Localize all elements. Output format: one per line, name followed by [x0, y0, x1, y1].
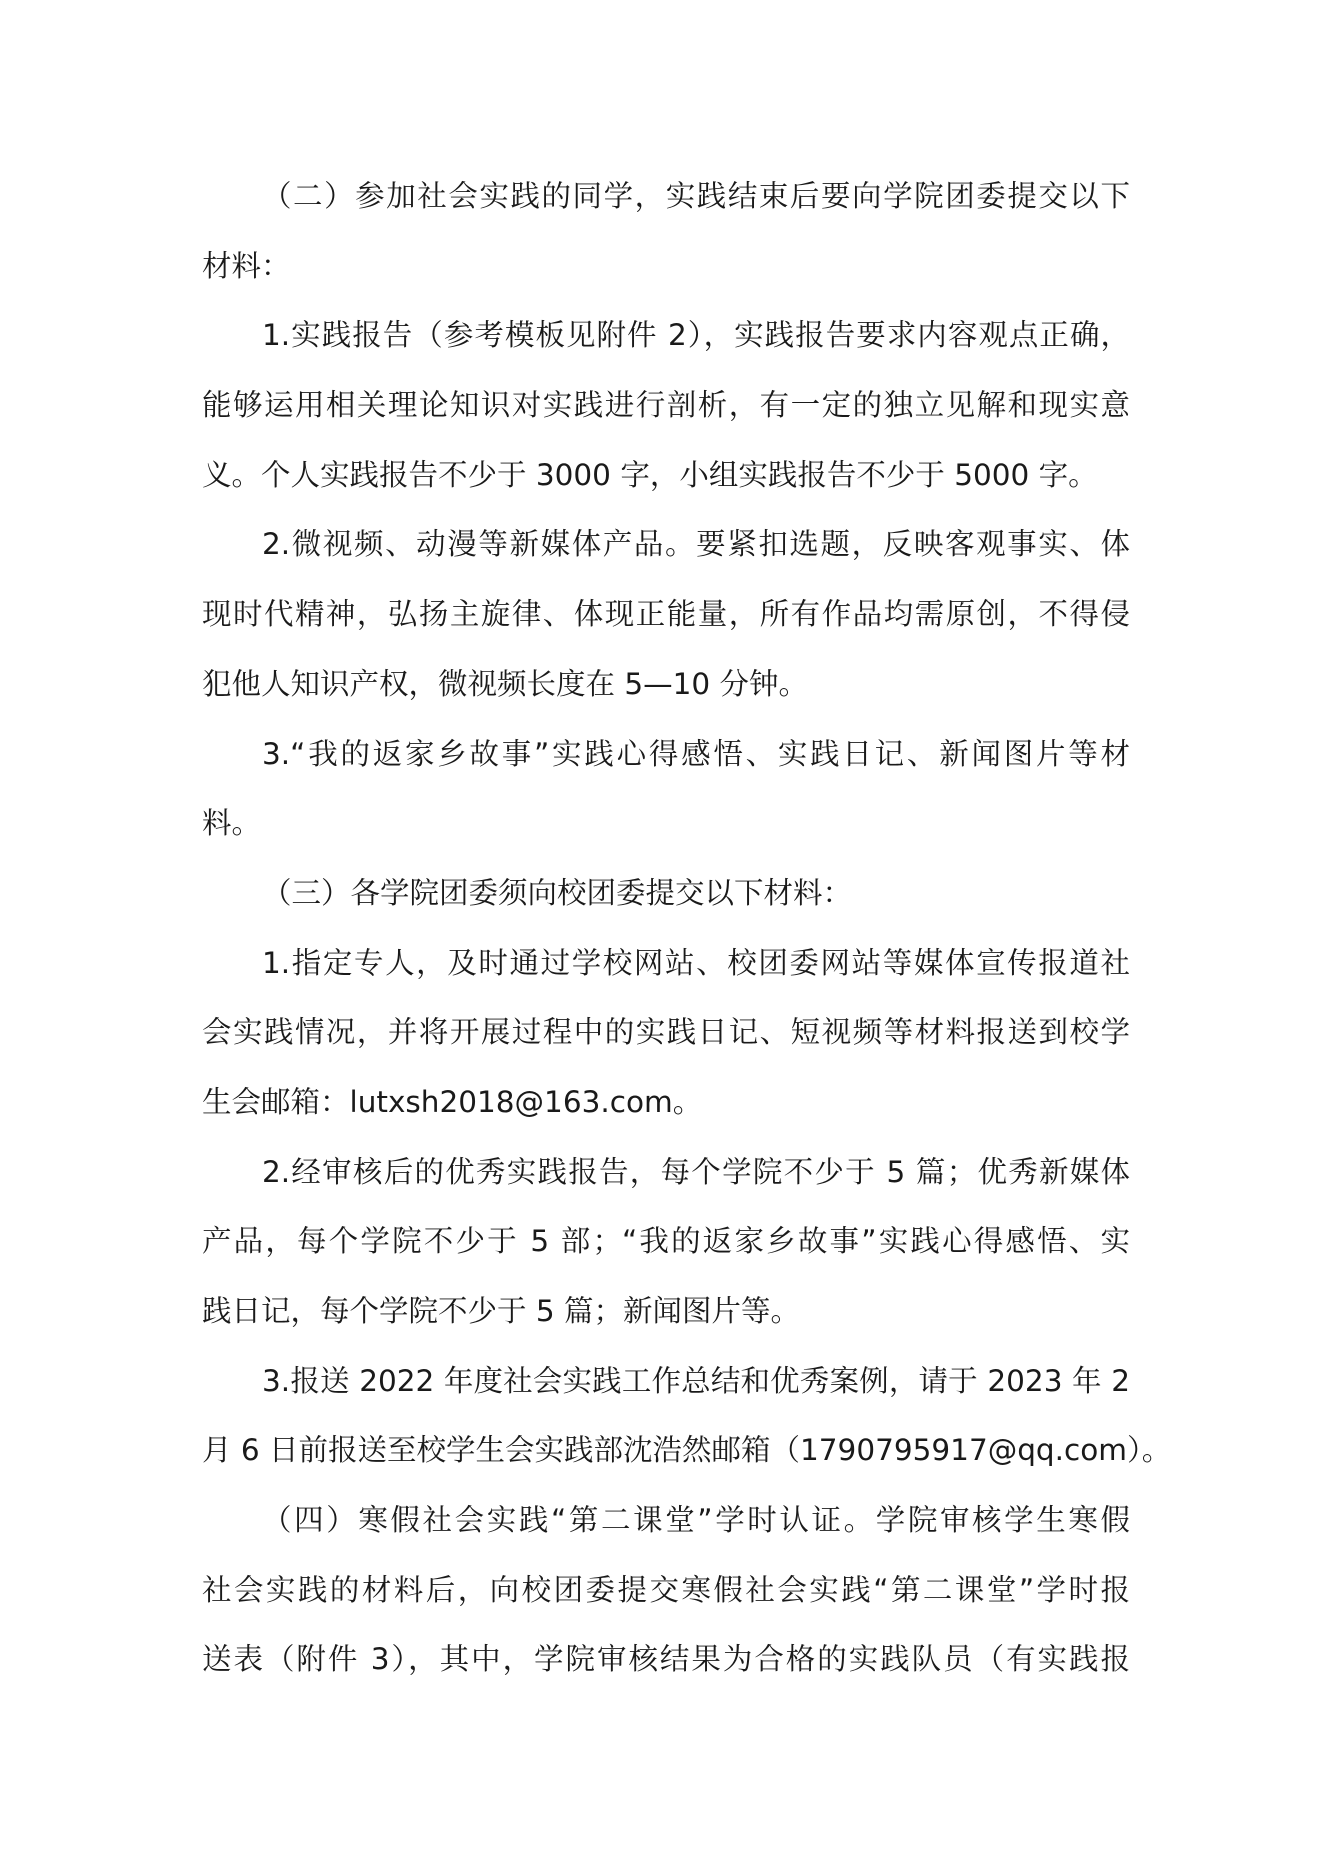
item-2-2-line-1: 2.微视频、动漫等新媒体产品。要紧扣选题，反映客观事实、体 — [202, 510, 1130, 580]
document-page: （二）参加社会实践的同学，实践结束后要向学院团委提交以下 材料： 1.实践报告（… — [0, 0, 1323, 1871]
section-2-heading-line-2: 材料： — [202, 232, 1130, 302]
section-4-line-2: 社会实践的材料后，向校团委提交寒假社会实践“第二课堂”学时报 — [202, 1556, 1130, 1626]
document-body: （二）参加社会实践的同学，实践结束后要向学院团委提交以下 材料： 1.实践报告（… — [202, 162, 1130, 1695]
item-2-2-line-3: 犯他人知识产权，微视频长度在 5—10 分钟。 — [202, 650, 1130, 720]
item-3-2-line-1: 2.经审核后的优秀实践报告，每个学院不少于 5 篇；优秀新媒体 — [202, 1138, 1130, 1208]
item-2-1-line-2: 能够运用相关理论知识对实践进行剖析，有一定的独立见解和现实意 — [202, 371, 1130, 441]
item-3-1-line-2: 会实践情况，并将开展过程中的实践日记、短视频等材料报送到校学 — [202, 998, 1130, 1068]
section-4-line-3: 送表（附件 3），其中，学院审核结果为合格的实践队员（有实践报 — [202, 1625, 1130, 1695]
item-3-2-line-2: 产品，每个学院不少于 5 部；“我的返家乡故事”实践心得感悟、实 — [202, 1207, 1130, 1277]
item-2-1-line-3: 义。个人实践报告不少于 3000 字，小组实践报告不少于 5000 字。 — [202, 441, 1130, 511]
item-2-2-line-2: 现时代精神，弘扬主旋律、体现正能量，所有作品均需原创，不得侵 — [202, 580, 1130, 650]
item-2-1-line-1: 1.实践报告（参考模板见附件 2），实践报告要求内容观点正确， — [202, 301, 1130, 371]
item-3-3-line-1: 3.报送 2022 年度社会实践工作总结和优秀案例，请于 2023 年 2 — [202, 1347, 1130, 1417]
item-3-1-line-3: 生会邮箱：lutxsh2018@163.com。 — [202, 1068, 1130, 1138]
section-3-heading: （三）各学院团委须向校团委提交以下材料： — [202, 859, 1130, 929]
item-3-3-line-2: 月 6 日前报送至校学生会实践部沈浩然邮箱（1790795917@qq.com）… — [202, 1416, 1130, 1486]
item-3-1-line-1: 1.指定专人，及时通过学校网站、校团委网站等媒体宣传报道社 — [202, 929, 1130, 999]
item-3-2-line-3: 践日记，每个学院不少于 5 篇；新闻图片等。 — [202, 1277, 1130, 1347]
item-2-3-line-2: 料。 — [202, 789, 1130, 859]
item-2-3-line-1: 3.“我的返家乡故事”实践心得感悟、实践日记、新闻图片等材 — [202, 720, 1130, 790]
section-2-heading-line-1: （二）参加社会实践的同学，实践结束后要向学院团委提交以下 — [202, 162, 1130, 232]
section-4-line-1: （四）寒假社会实践“第二课堂”学时认证。学院审核学生寒假 — [202, 1486, 1130, 1556]
